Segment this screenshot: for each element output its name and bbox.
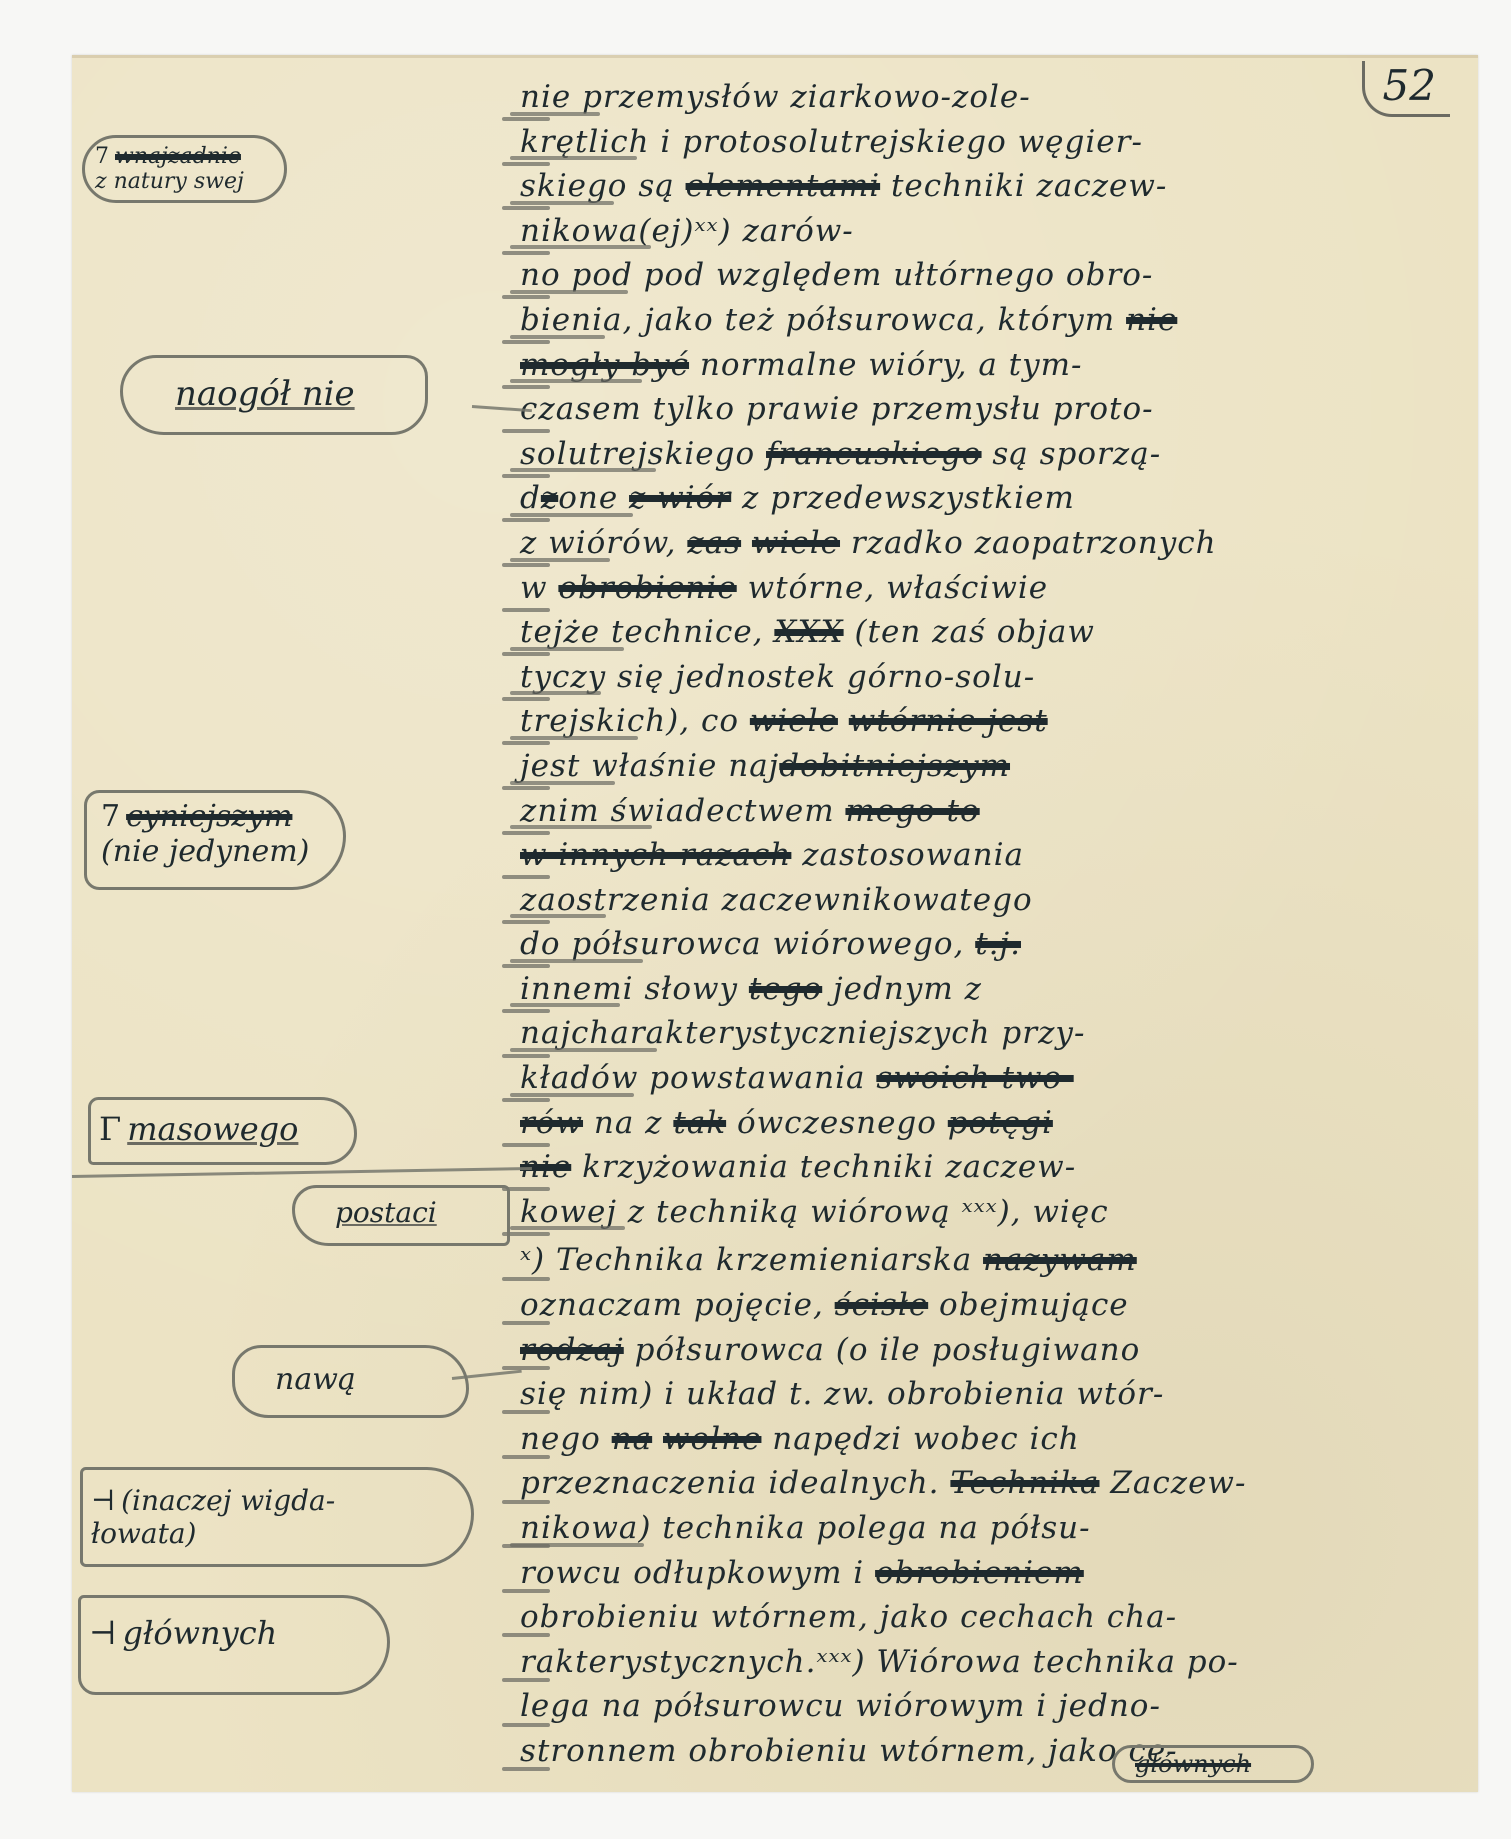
line-text: przeznaczenia idealnych. Technika Zaczew… [520, 1465, 1246, 1501]
line-text: nikowa) technika polega na półsu- [520, 1510, 1091, 1546]
line-text: czasem tylko prawie przemysłu proto- [520, 391, 1154, 427]
pencil-underline [510, 379, 642, 383]
text-line: tyczy się jednostek górno-solu- [520, 655, 1460, 700]
struck-word: obrobieniem [875, 1555, 1084, 1591]
line-text: rów na z tak ówczesnego potęgi [520, 1105, 1053, 1141]
struck-word: wiele [752, 525, 840, 561]
line-text: się nim) i układ t. zw. obrobienia wtór- [520, 1376, 1164, 1412]
pencil-underline [510, 156, 637, 160]
text-line: krętlich i protosolutrejskiego węgier- [520, 120, 1460, 165]
footnote-line: obrobieniu wtórnem, jako cechach cha- [520, 1595, 1460, 1640]
line-text: w obrobienie wtórne, właściwie [520, 570, 1048, 606]
struck-word: XXX [774, 614, 843, 650]
text-line: kładów powstawania swoich two- [520, 1056, 1460, 1101]
line-text: solutrejskiego francuskiego są sporzą- [520, 436, 1161, 472]
insertion-mark-icon: 7 [101, 799, 120, 834]
struck-word: rów [520, 1105, 583, 1141]
note-text: masowego [127, 1110, 298, 1148]
line-text: trejskich), co wiele wtórnie jest [520, 703, 1048, 739]
struck-word: rodzaj [520, 1332, 624, 1368]
pencil-underline [510, 1543, 644, 1547]
pencil-underline [510, 201, 614, 205]
footnote-line: się nim) i układ t. zw. obrobienia wtór- [520, 1372, 1460, 1417]
line-text: tejże technice, XXX (ten zaś objaw [520, 614, 1095, 650]
line-text: rakterystycznych.ˣˣˣ) Wiórowa technika p… [520, 1644, 1239, 1680]
struck-word: francuskiego [766, 436, 982, 472]
note-text: (inaczej wigda-łowata) [91, 1484, 335, 1550]
pencil-underline [510, 914, 606, 918]
struck-word: mego to [845, 793, 979, 829]
struck-word: elementami [686, 168, 881, 204]
struck-word: dobitniejszym [779, 748, 1010, 784]
text-line: z wiórów, zas wiele rzadko zaopatrzonych [520, 521, 1460, 566]
line-text: zaostrzenia zaczewnikowatego [520, 882, 1033, 918]
line-text: mogły być normalne wióry, a tym- [520, 347, 1083, 383]
pencil-underline [510, 335, 605, 339]
footnote-line: nego na wolne napędzi wobec ich [520, 1417, 1460, 1462]
line-text: ˣ) Technika krzemieniarska nazywam [520, 1242, 1137, 1278]
circled-insert-glownych: głównych [1112, 1745, 1314, 1783]
margin-note-glownych: ⊣głównych [78, 1595, 390, 1695]
note-text: postaci [335, 1196, 437, 1229]
line-text: kładów powstawania swoich two- [520, 1060, 1074, 1096]
line-text: skiego są elementami techniki zaczew- [520, 168, 1167, 204]
struck-word: w innych razach [520, 837, 791, 873]
leader-line [72, 1167, 532, 1178]
pencil-underline [510, 1226, 625, 1230]
pencil-underline [510, 558, 610, 562]
footnote-line: ˣ) Technika krzemieniarska nazywam [520, 1238, 1460, 1283]
line-text: lega na półsurowcu wiórowym i jedno- [520, 1688, 1161, 1724]
pencil-underline [510, 1003, 620, 1007]
pencil-underline [510, 691, 601, 695]
footnote-line: rakterystycznych.ˣˣˣ) Wiórowa technika p… [520, 1640, 1460, 1685]
struck-word: ścisłe [835, 1287, 929, 1323]
text-line: najcharakterystyczniejszych przy- [520, 1011, 1460, 1056]
line-text: rodzaj półsurowca (o ile posługiwano [520, 1332, 1140, 1368]
text-line: znim świadectwem mego to [520, 789, 1460, 834]
struck-word: cyniejszym [126, 799, 292, 834]
insertion-mark-icon: 7 [95, 144, 109, 169]
text-line: nie krzyżowania techniki zaczew- [520, 1145, 1460, 1190]
pencil-underline [510, 513, 633, 517]
footnote-line: rodzaj półsurowca (o ile posługiwano [520, 1328, 1460, 1373]
struck-word: nazywam [983, 1242, 1137, 1278]
struck-word: wtórnie jest [849, 703, 1048, 739]
text-line: mogły być normalne wióry, a tym- [520, 343, 1460, 388]
struck-word: t.j. [975, 926, 1021, 962]
line-text: tyczy się jednostek górno-solu- [520, 659, 1035, 695]
text-line: nie przemysłów ziarkowo-zole- [520, 75, 1460, 120]
line-text: nie krzyżowania techniki zaczew- [520, 1149, 1076, 1185]
text-line: do półsurowca wiórowego, t.j. [520, 922, 1460, 967]
text-line: jest właśnie najdobitniejszym [520, 744, 1460, 789]
line-text: nie przemysłów ziarkowo-zole- [520, 79, 1031, 115]
margin-note-naogol-nie: naogół nie [120, 355, 428, 435]
pencil-underline [510, 245, 651, 249]
struck-word: nie [1126, 302, 1177, 338]
pencil-underline [510, 1093, 634, 1097]
text-line: innemi słowy tego jednym z [520, 967, 1460, 1012]
line-text: oznaczam pojęcie, ścisłe obejmujące [520, 1287, 1129, 1323]
struck-word: mogły być [520, 347, 689, 383]
insert-text: głównych [1135, 1750, 1251, 1778]
text-line: kowej z techniką wiórową ˣˣˣ), więc [520, 1190, 1460, 1235]
struck-word: z [541, 480, 558, 516]
insertion-mark-icon: Γ [99, 1110, 121, 1148]
line-text: obrobieniu wtórnem, jako cechach cha- [520, 1599, 1177, 1635]
note-text: głównych [123, 1614, 278, 1652]
text-line: no pod pod względem ułtórnego obro- [520, 253, 1460, 298]
insertion-mark-icon: ⊣ [91, 1484, 115, 1517]
line-text: z wiórów, zas wiele rzadko zaopatrzonych [520, 525, 1217, 561]
struck-word: zas [687, 525, 741, 561]
text-line: czasem tylko prawie przemysłu proto- [520, 387, 1460, 432]
pencil-underline [510, 825, 652, 829]
struck-word: swoich two- [876, 1060, 1073, 1096]
footnote-line: oznaczam pojęcie, ścisłe obejmujące [520, 1283, 1460, 1328]
line-text: w innych razach zastosowania [520, 837, 1024, 873]
pencil-underline [510, 112, 600, 116]
struck-word: wiele [750, 703, 838, 739]
line-text: nego na wolne napędzi wobec ich [520, 1421, 1080, 1457]
struck-word: potęgi [948, 1105, 1053, 1141]
footnote-line: nikowa) technika polega na półsu- [520, 1506, 1460, 1551]
text-line: zaostrzenia zaczewnikowatego [520, 878, 1460, 923]
text-line: dzone z wiór z przedewszystkiem [520, 476, 1460, 521]
main-text-column: nie przemysłów ziarkowo-zole-krętlich i … [520, 75, 1460, 1774]
struck-word: wnajzadnie [115, 144, 241, 169]
margin-note-masowego: Γmasowego [88, 1097, 357, 1165]
struck-word: Technika [950, 1465, 1099, 1501]
line-text: stronnem obrobieniu wtórnem, jako ce- [520, 1733, 1178, 1769]
line-text: nikowa(ej)ˣˣ) zarów- [520, 213, 854, 249]
manuscript-page: 52 nie przemysłów ziarkowo-zole-krętlich… [72, 55, 1478, 1792]
line-text: krętlich i protosolutrejskiego węgier- [520, 124, 1143, 160]
footnote-line: rowcu odłupkowym i obrobieniem [520, 1551, 1460, 1596]
struck-word: wolne [663, 1421, 761, 1457]
text-line: nikowa(ej)ˣˣ) zarów- [520, 209, 1460, 254]
note-text: nawą [275, 1362, 356, 1397]
text-line: solutrejskiego francuskiego są sporzą- [520, 432, 1460, 477]
struck-word: tego [749, 971, 822, 1007]
struck-word: obrobienie [558, 570, 736, 606]
line-text: bienia, jako też półsurowca, którym nie [520, 302, 1177, 338]
paper-edge [72, 55, 1478, 58]
pencil-underline [510, 290, 628, 294]
note-text: (nie jedynem) [101, 834, 309, 869]
line-text: najcharakterystyczniejszych przy- [520, 1015, 1085, 1051]
line-text: kowej z techniką wiórową ˣˣˣ), więc [520, 1194, 1109, 1230]
line-text: dzone z wiór z przedewszystkiem [520, 480, 1075, 516]
struck-word: tak [673, 1105, 726, 1141]
text-line: rów na z tak ówczesnego potęgi [520, 1101, 1460, 1146]
pencil-underline [510, 959, 643, 963]
struck-word: z wiór [629, 480, 731, 516]
footnote-line: lega na półsurowcu wiórowym i jedno- [520, 1684, 1460, 1729]
pencil-underline [510, 781, 615, 785]
text-line: w innych razach zastosowania [520, 833, 1460, 878]
margin-note-nawa: nawą [232, 1345, 469, 1418]
line-text: znim świadectwem mego to [520, 793, 980, 829]
note-text: naogół nie [175, 374, 355, 414]
text-line: w obrobienie wtórne, właściwie [520, 566, 1460, 611]
struck-word: na [612, 1421, 652, 1457]
text-line: trejskich), co wiele wtórnie jest [520, 699, 1460, 744]
line-text: innemi słowy tego jednym z [520, 971, 982, 1007]
pencil-underline [510, 736, 638, 740]
footnote-line: przeznaczenia idealnych. Technika Zaczew… [520, 1461, 1460, 1506]
line-text: no pod pod względem ułtórnego obro- [520, 257, 1153, 293]
line-text: jest właśnie najdobitniejszym [520, 748, 1010, 784]
margin-note-nie-jedynem: 7cyniejszym (nie jedynem) [84, 790, 346, 890]
line-text: do półsurowca wiórowego, t.j. [520, 926, 1021, 962]
note-text: z natury swej [95, 169, 244, 194]
pencil-underline [510, 1048, 657, 1052]
margin-note-inaczej-wigdalowata: ⊣(inaczej wigda-łowata) [80, 1467, 474, 1567]
pencil-underline [510, 468, 656, 472]
text-line: bienia, jako też półsurowca, którym nie [520, 298, 1460, 343]
margin-note-z-natury-swej: 7wnajzadnie z natury swej [82, 135, 287, 203]
insertion-mark-icon: ⊣ [89, 1614, 117, 1652]
text-line: tejże technice, XXX (ten zaś objaw [520, 610, 1460, 655]
text-line: skiego są elementami techniki zaczew- [520, 164, 1460, 209]
footnote-line: stronnem obrobieniu wtórnem, jako ce- [520, 1729, 1460, 1774]
pencil-underline [510, 647, 624, 651]
line-text: rowcu odłupkowym i obrobieniem [520, 1555, 1084, 1591]
margin-note-postaci: postaci [292, 1185, 510, 1246]
